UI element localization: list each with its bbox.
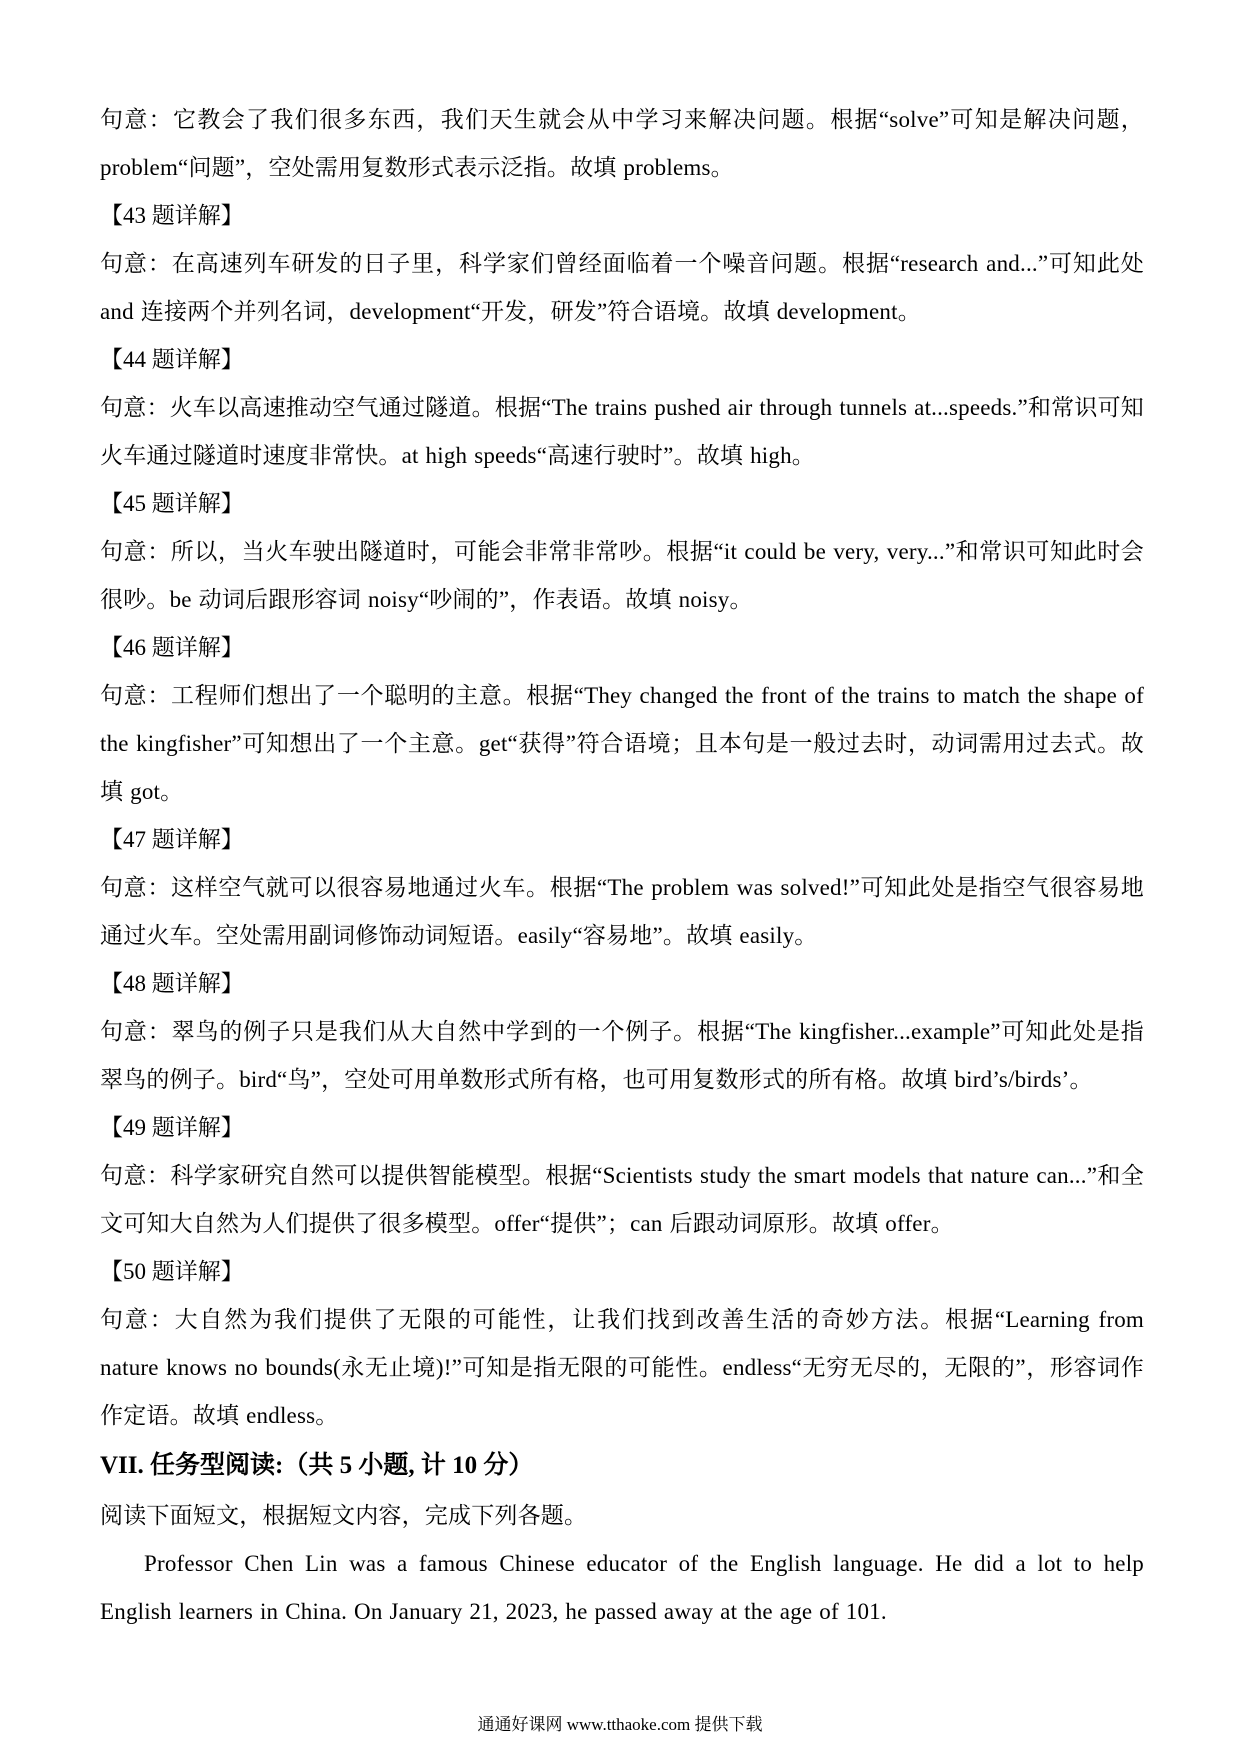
explanation-label-45: 【45 题详解】 [100, 480, 1144, 528]
explanation-label-46: 【46 题详解】 [100, 624, 1144, 672]
section-vii-title: VII. 任务型阅读:（共 5 小题, 计 10 分） [100, 1440, 1144, 1492]
explanation-42-continuation: 句意：它教会了我们很多东西，我们天生就会从中学习来解决问题。根据“solve”可… [100, 96, 1144, 192]
section-vii-instruction: 阅读下面短文，根据短文内容，完成下列各题。 [100, 1492, 1144, 1540]
explanation-label-43: 【43 题详解】 [100, 192, 1144, 240]
explanation-text-50: 句意：大自然为我们提供了无限的可能性，让我们找到改善生活的奇妙方法。根据“Lea… [100, 1296, 1144, 1440]
explanation-text-43: 句意：在高速列车研发的日子里，科学家们曾经面临着一个噪音问题。根据“resear… [100, 240, 1144, 336]
explanation-label-48: 【48 题详解】 [100, 960, 1144, 1008]
explanation-text-49: 句意：科学家研究自然可以提供智能模型。根据“Scientists study t… [100, 1152, 1144, 1248]
explanation-label-49: 【49 题详解】 [100, 1104, 1144, 1152]
footer-watermark-text: 通通好课网 www.tthaoke.com 提供下载 [477, 1715, 762, 1734]
page-footer: 通通好课网 www.tthaoke.com 提供下载 [0, 1714, 1240, 1736]
document-page: 句意：它教会了我们很多东西，我们天生就会从中学习来解决问题。根据“solve”可… [0, 0, 1240, 1754]
explanation-text-48: 句意：翠鸟的例子只是我们从大自然中学到的一个例子。根据“The kingfish… [100, 1008, 1144, 1104]
explanation-text-45: 句意：所以，当火车驶出隧道时，可能会非常非常吵。根据“it could be v… [100, 528, 1144, 624]
page-body: 句意：它教会了我们很多东西，我们天生就会从中学习来解决问题。根据“solve”可… [100, 96, 1144, 1636]
explanation-text-47: 句意：这样空气就可以很容易地通过火车。根据“The problem was so… [100, 864, 1144, 960]
explanation-text-46: 句意：工程师们想出了一个聪明的主意。根据“They changed the fr… [100, 672, 1144, 816]
explanation-label-47: 【47 题详解】 [100, 816, 1144, 864]
explanation-label-50: 【50 题详解】 [100, 1248, 1144, 1296]
explanation-label-44: 【44 题详解】 [100, 336, 1144, 384]
explanation-text-44: 句意：火车以高速推动空气通过隧道。根据“The trains pushed ai… [100, 384, 1144, 480]
reading-passage-paragraph: Professor Chen Lin was a famous Chinese … [100, 1540, 1144, 1636]
